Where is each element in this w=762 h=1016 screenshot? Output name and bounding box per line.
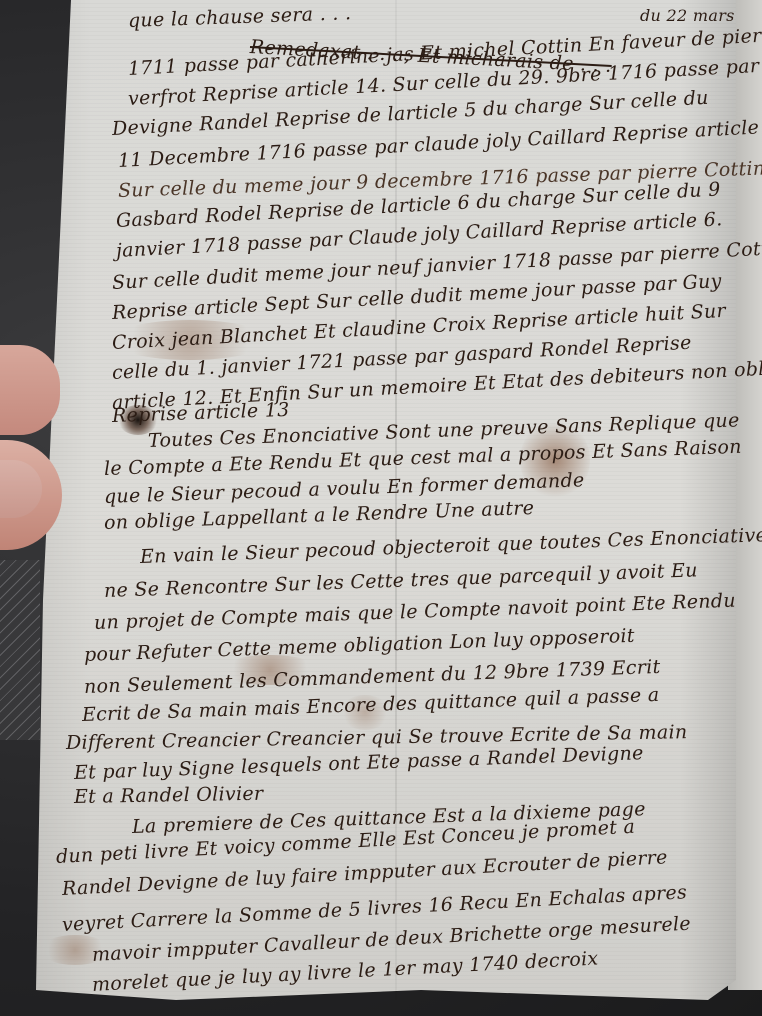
text-line: que la chause sera . . . xyxy=(128,2,352,32)
text-line: Et a Randel Olivier xyxy=(74,783,264,808)
manuscript-text: que la chause sera . . . du 22 mars Reme… xyxy=(0,0,762,1016)
text-line-right: du 22 mars xyxy=(640,6,735,25)
